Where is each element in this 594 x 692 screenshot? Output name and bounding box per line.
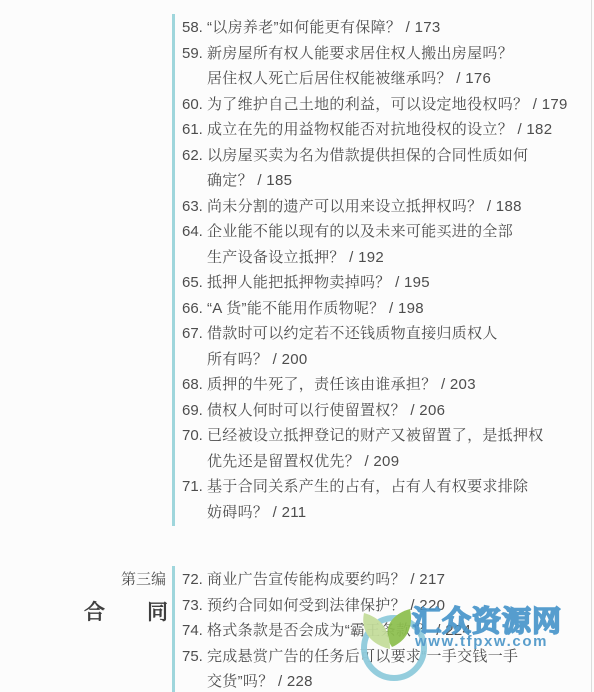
toc-entry-69: 69. 债权人何时可以行使留置权？ / 206	[182, 398, 594, 424]
toc-entry-text: 借款时可以约定若不还钱质物直接归质权人	[207, 321, 594, 347]
toc-entry-number: 65.	[182, 270, 207, 296]
toc-entry-text: 优先还是留置权优先？ / 209	[207, 449, 594, 475]
toc-entry-text: 居住权人死亡后居住权能被继承吗？ / 176	[207, 66, 594, 92]
toc-entry-number: 61.	[182, 117, 207, 143]
toc-entry-number: 69.	[182, 398, 207, 424]
toc-entry-text: 预约合同如何受到法律保护？ / 220	[207, 593, 594, 619]
toc-entry-number: 70.	[182, 423, 207, 449]
toc-entry-68: 68. 质押的牛死了，责任该由谁承担？ / 203	[182, 372, 594, 398]
toc-block-contract: 第三编 合 同 72. 商业广告宣传能构成要约吗？ / 217 73. 预约合同…	[0, 566, 594, 692]
section-title-char: 同	[147, 596, 168, 626]
toc-list: 72. 商业广告宣传能构成要约吗？ / 217 73. 预约合同如何受到法律保护…	[172, 566, 594, 692]
toc-entry-text: 质押的牛死了，责任该由谁承担？ / 203	[207, 372, 594, 398]
toc-entry-number: 73.	[182, 593, 207, 619]
toc-entry-number: 58.	[182, 15, 207, 41]
toc-entry-number: 71.	[182, 474, 207, 500]
toc-entry-70: 70. 已经被设立抵押登记的财产又被留置了，是抵押权 优先还是留置权优先？ / …	[182, 423, 594, 474]
toc-entry-61: 61. 成立在先的用益物权能否对抗地役权的设立？ / 182	[182, 117, 594, 143]
toc-list: 58. “以房养老”如何能更有保障？ / 173 59. 新房屋所有权人能要求居…	[172, 14, 594, 526]
toc-entry-text: 所有吗？ / 200	[207, 347, 594, 373]
toc-entry-number: 64.	[182, 219, 207, 245]
toc-entry-text: “A 货”能不能用作质物呢？ / 198	[207, 296, 594, 322]
toc-entry-75: 75. 完成悬赏广告的任务后可以要求“一手交钱一手 交货”吗？ / 228	[182, 644, 594, 692]
toc-entry-text: 以房屋买卖为名为借款提供担保的合同性质如何	[207, 143, 594, 169]
toc-entry-64: 64. 企业能不能以现有的以及未来可能买进的全部 生产设备设立抵押？ / 192	[182, 219, 594, 270]
toc-entry-text: 妨碍吗？ / 211	[207, 500, 594, 526]
toc-entry-text: 格式条款是否会成为“霸王条款”？ / 224	[207, 618, 594, 644]
toc-gutter: 第三编 合 同	[0, 566, 172, 692]
toc-entry-text: 债权人何时可以行使留置权？ / 206	[207, 398, 594, 424]
toc-entry-text: 生产设备设立抵押？ / 192	[207, 245, 594, 271]
toc-block-property-rights: 58. “以房养老”如何能更有保障？ / 173 59. 新房屋所有权人能要求居…	[0, 14, 594, 526]
toc-entry-number: 62.	[182, 143, 207, 169]
toc-entry-text: 基于合同关系产生的占有，占有人有权要求排除	[207, 474, 594, 500]
toc-entry-text: “以房养老”如何能更有保障？ / 173	[207, 15, 594, 41]
toc-entry-74: 74. 格式条款是否会成为“霸王条款”？ / 224	[182, 618, 594, 644]
toc-entry-text: 为了维护自己土地的利益，可以设定地役权吗？ / 179	[207, 92, 594, 118]
toc-entry-66: 66. “A 货”能不能用作质物呢？ / 198	[182, 296, 594, 322]
toc-entry-62: 62. 以房屋买卖为名为借款提供担保的合同性质如何 确定？ / 185	[182, 143, 594, 194]
toc-entry-72: 72. 商业广告宣传能构成要约吗？ / 217	[182, 567, 594, 593]
toc-entry-number: 72.	[182, 567, 207, 593]
section-part-label: 第三编	[121, 571, 166, 589]
toc-entry-number: 59.	[182, 41, 207, 67]
toc-entry-71: 71. 基于合同关系产生的占有，占有人有权要求排除 妨碍吗？ / 211	[182, 474, 594, 525]
toc-entry-58: 58. “以房养老”如何能更有保障？ / 173	[182, 15, 594, 41]
toc-entry-73: 73. 预约合同如何受到法律保护？ / 220	[182, 593, 594, 619]
toc-entry-number: 66.	[182, 296, 207, 322]
toc-entry-number: 74.	[182, 618, 207, 644]
section-title-char: 合	[84, 596, 105, 626]
toc-entry-text: 确定？ / 185	[207, 168, 594, 194]
toc-entry-text: 完成悬赏广告的任务后可以要求“一手交钱一手	[207, 644, 594, 670]
toc-entry-text: 新房屋所有权人能要求居住权人搬出房屋吗？	[207, 41, 594, 67]
toc-entry-63: 63. 尚未分割的遗产可以用来设立抵押权吗？ / 188	[182, 194, 594, 220]
toc-entry-number: 63.	[182, 194, 207, 220]
toc-entry-60: 60. 为了维护自己土地的利益，可以设定地役权吗？ / 179	[182, 92, 594, 118]
toc-entry-number: 68.	[182, 372, 207, 398]
toc-entry-67: 67. 借款时可以约定若不还钱质物直接归质权人 所有吗？ / 200	[182, 321, 594, 372]
toc-entry-text: 企业能不能以现有的以及未来可能买进的全部	[207, 219, 594, 245]
toc-entry-59: 59. 新房屋所有权人能要求居住权人搬出房屋吗？ 居住权人死亡后居住权能被继承吗…	[182, 41, 594, 92]
toc-gutter	[0, 14, 172, 526]
toc-entry-text: 尚未分割的遗产可以用来设立抵押权吗？ / 188	[207, 194, 594, 220]
section-title-label: 合 同	[84, 596, 168, 626]
toc-entry-number: 75.	[182, 644, 207, 670]
toc-entry-number: 67.	[182, 321, 207, 347]
toc-entry-text: 已经被设立抵押登记的财产又被留置了，是抵押权	[207, 423, 594, 449]
toc-entry-text: 商业广告宣传能构成要约吗？ / 217	[207, 567, 594, 593]
toc-entry-text: 抵押人能把抵押物卖掉吗？ / 195	[207, 270, 594, 296]
toc-entry-65: 65. 抵押人能把抵押物卖掉吗？ / 195	[182, 270, 594, 296]
toc-entry-number: 60.	[182, 92, 207, 118]
toc-entry-text: 交货”吗？ / 228	[207, 669, 594, 692]
toc-entry-text: 成立在先的用益物权能否对抗地役权的设立？ / 182	[207, 117, 594, 143]
